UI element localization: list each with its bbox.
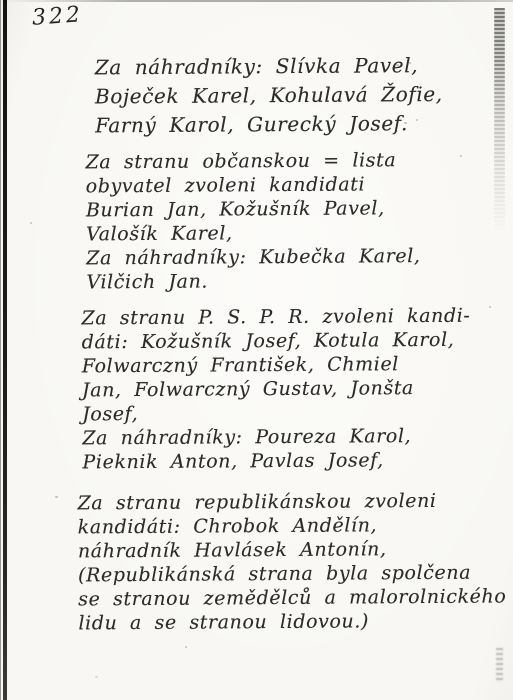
handwritten-line: Burian Jan, Kožušník Pavel, (86, 196, 486, 223)
page-number: 322 (31, 2, 84, 30)
handwritten-line: Za náhradníky: Poureza Karol, (82, 424, 482, 451)
paper-speck (489, 306, 491, 308)
paper-speck (30, 222, 32, 224)
handwritten-line: Folwarczný František, Chmiel (82, 352, 482, 379)
handwritten-line: Za stranu občanskou = lista (86, 148, 486, 175)
handwritten-line: náhradník Havlásek Antonín, (78, 537, 478, 564)
paper-speck (185, 646, 187, 648)
paper-speck (55, 496, 58, 498)
handwritten-line: dáti: Kožušník Josef, Kotula Karol, (82, 328, 482, 355)
handwritten-line: Boječek Karel, Kohulavá Žofie, (95, 80, 495, 112)
scanned-page: 322 Za náhradníky: Slívka Pavel, Boječek… (0, 0, 513, 700)
handwritten-line: (Republikánská strana byla spolčena (78, 561, 478, 588)
paper-speck (95, 676, 98, 678)
handwritten-line: Josef, (82, 400, 482, 427)
handwritten-line: Za stranu republikánskou zvoleni (78, 489, 478, 516)
paragraph-civic-party: Za stranu občanskou = lista obyvatel zvo… (86, 148, 487, 295)
ink-bleed-smudge-lower (496, 648, 503, 682)
handwritten-line: Vilčich Jan. (86, 268, 486, 295)
handwritten-line: lidu a se stranou lidovou.) (78, 609, 478, 636)
handwritten-line: Jan, Folwarczný Gustav, Jonšta (82, 376, 482, 403)
paragraph-republican-party: Za stranu republikánskou zvoleni kandidá… (78, 489, 479, 636)
handwritten-line: kandidáti: Chrobok Andělín, (78, 513, 478, 540)
handwritten-line: Za stranu P. S. P. R. zvoleni kandi- (81, 304, 481, 331)
paragraph-pspr-party: Za stranu P. S. P. R. zvoleni kandi- dát… (81, 304, 482, 475)
paragraph-substitutes-1: Za náhradníky: Slívka Pavel, Boječek Kar… (95, 51, 496, 141)
handwritten-line: obyvatel zvoleni kandidati (86, 172, 486, 199)
handwritten-line: Za náhradníky: Kubečka Karel, (86, 244, 486, 271)
handwritten-line: Valošík Karel, (86, 220, 486, 247)
handwritten-line: Za náhradníky: Slívka Pavel, (95, 51, 495, 83)
binding-edge (3, 0, 7, 700)
handwritten-line: Pieknik Anton, Pavlas Josef, (82, 448, 482, 475)
handwritten-line: Farný Karol, Gurecký Josef. (95, 109, 495, 141)
binding-edge-thin (0, 0, 1, 700)
ink-bleed-smudge (494, 8, 505, 233)
handwritten-line: se stranou zemědělců a malorolnického (78, 585, 478, 612)
